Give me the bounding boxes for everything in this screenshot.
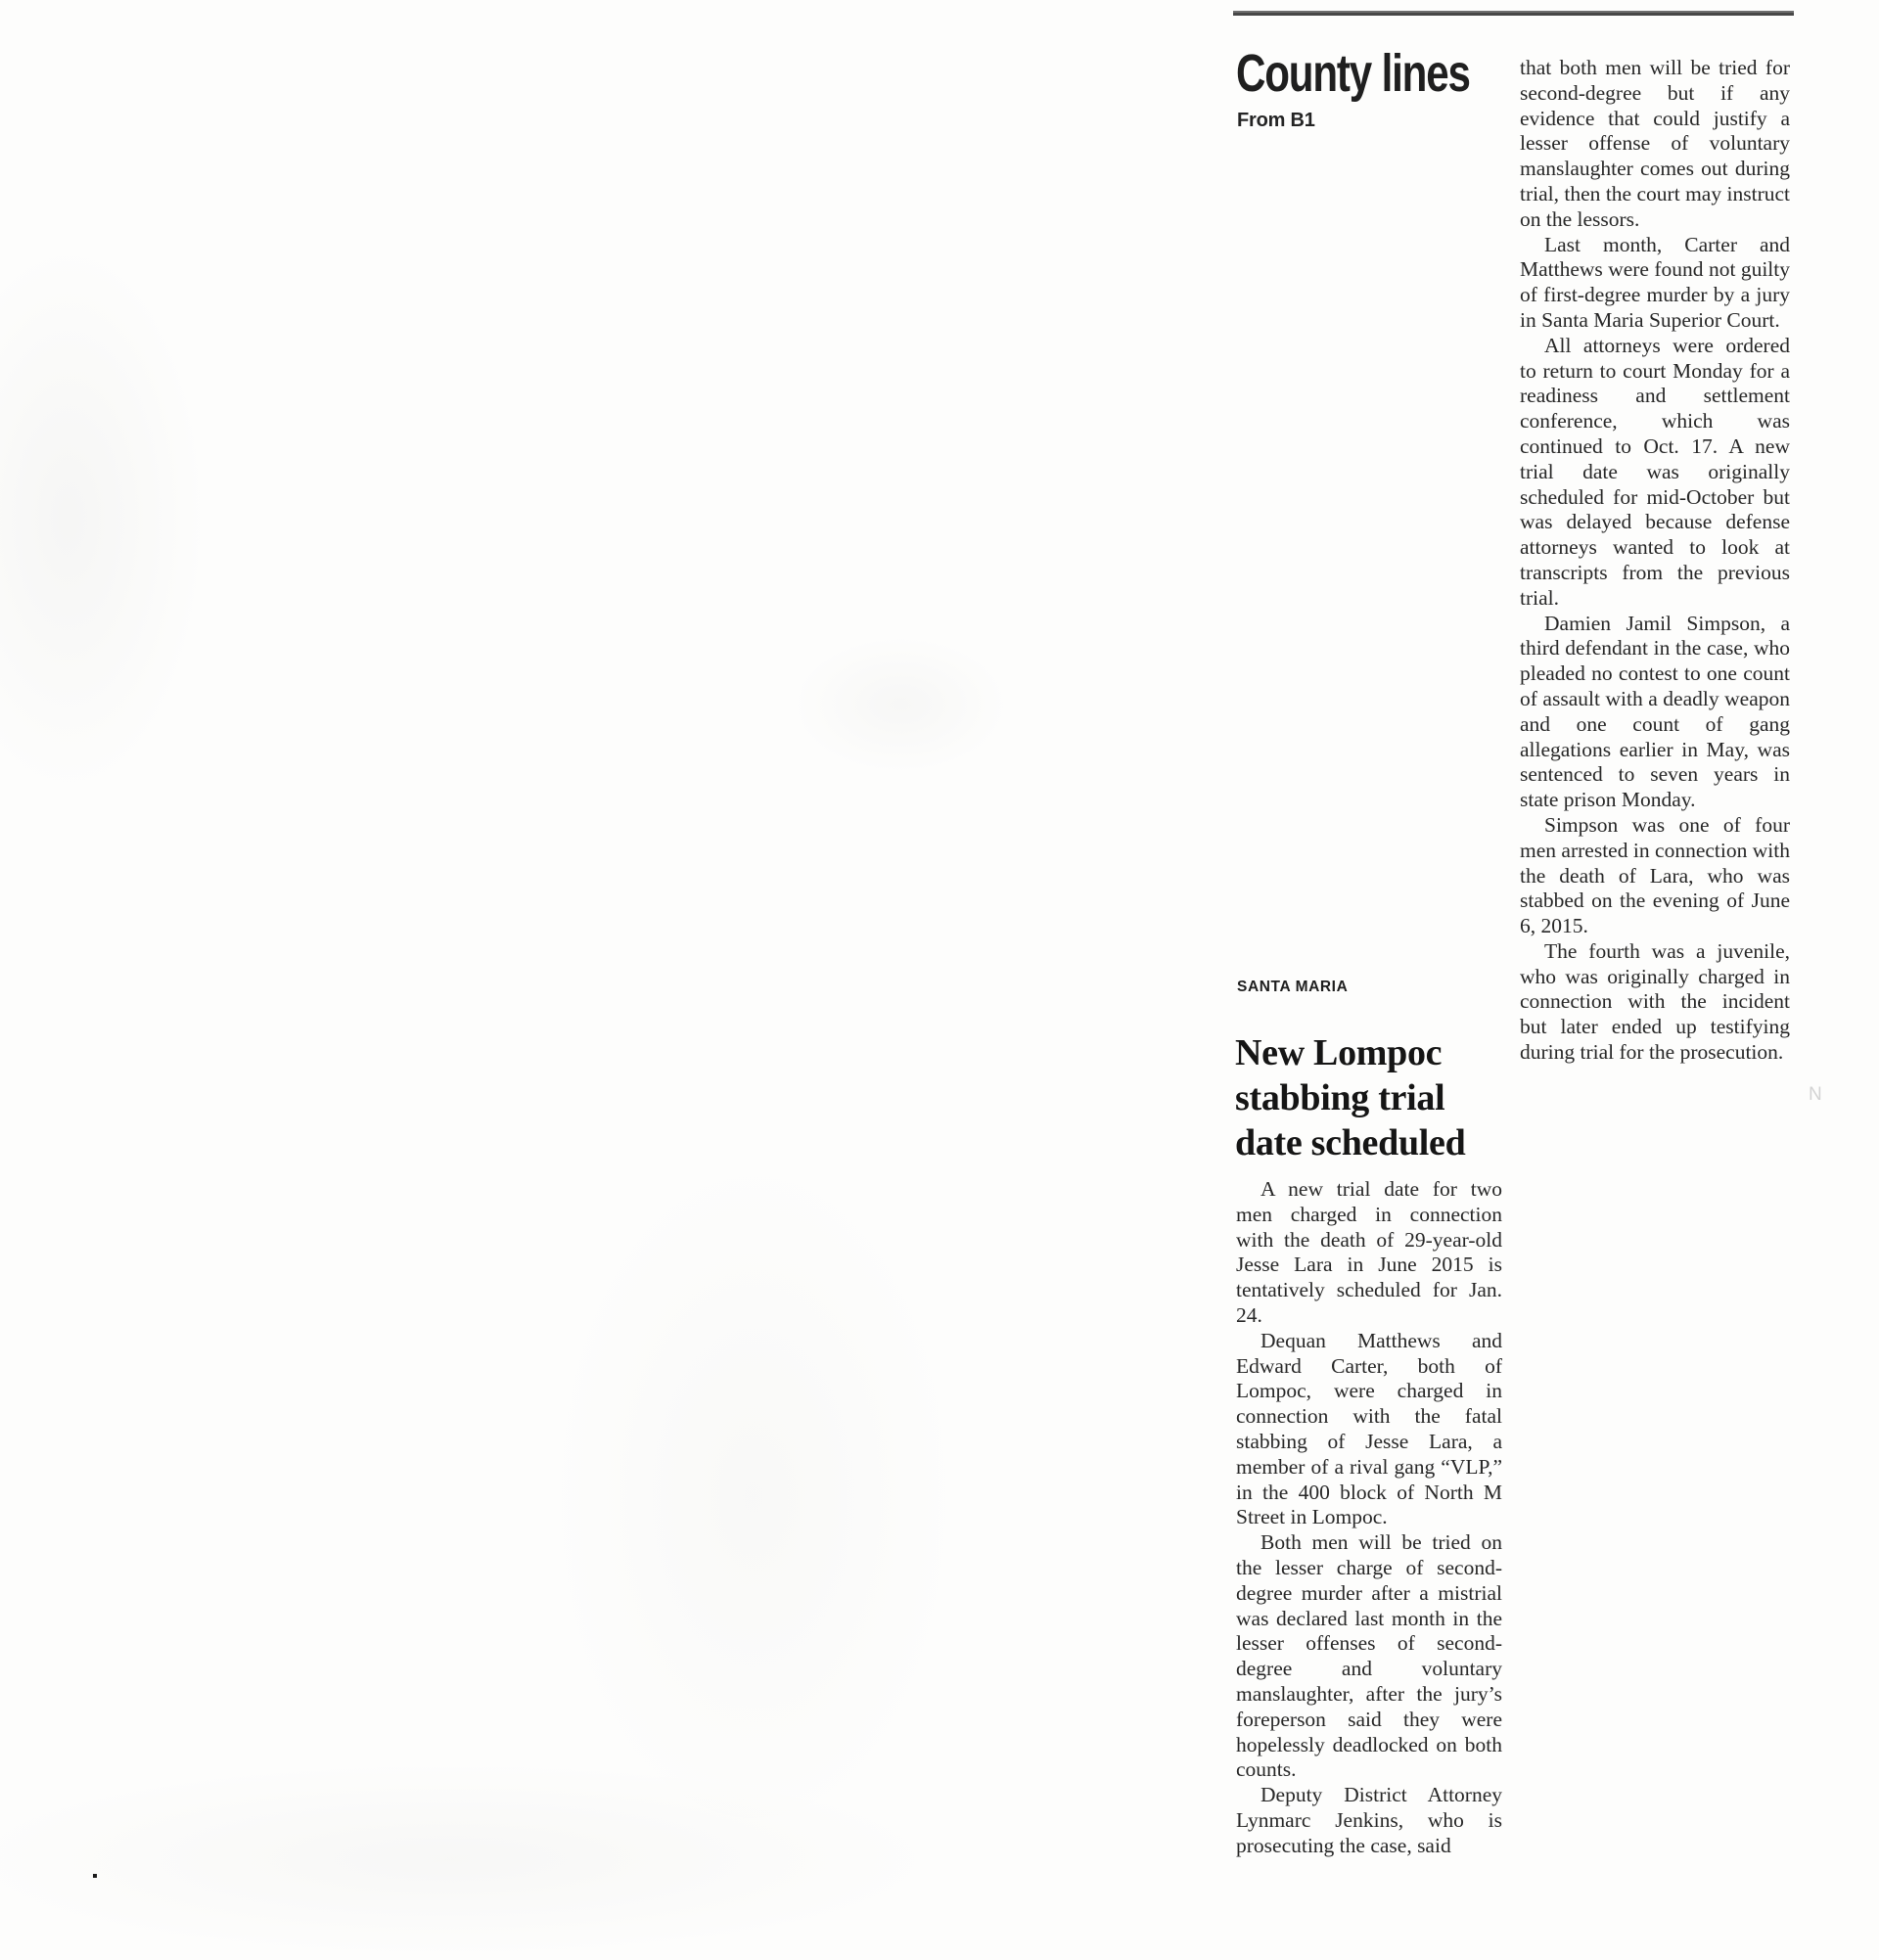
story-paragraph: Deputy District Attorney Lynmarc Jenkins…	[1236, 1783, 1502, 1858]
continuation-headline: County lines	[1236, 47, 1470, 100]
story-paragraph: Simpson was one of four men arrested in …	[1520, 813, 1790, 939]
scan-watermark-letter: N	[1809, 1084, 1822, 1106]
scan-smudge	[548, 1155, 959, 1840]
newspaper-page: County lines From B1 SANTA MARIA New Lom…	[0, 0, 1879, 1960]
scan-smudge	[793, 636, 1008, 773]
story-paragraph: Last month, Carter and Matthews were fou…	[1520, 233, 1790, 334]
story-paragraph: A new trial date for two men charged in …	[1236, 1177, 1502, 1329]
scan-smudge	[0, 1761, 939, 1957]
story-paragraph: All attorneys were ordered to return to …	[1520, 334, 1790, 612]
story-left-column: A new trial date for two men charged in …	[1236, 1177, 1502, 1859]
story-paragraph: Damien Jamil Simpson, a third defendant …	[1520, 612, 1790, 813]
story-headline: New Lompoc stabbing trial date scheduled	[1235, 1030, 1511, 1165]
story-paragraph: The fourth was a juvenile, who was origi…	[1520, 939, 1790, 1066]
story-kicker: SANTA MARIA	[1237, 979, 1348, 996]
story-right-column: that both men will be tried for second-d…	[1520, 56, 1790, 1066]
section-divider-rule	[1233, 11, 1794, 16]
continuation-from-label: From B1	[1237, 110, 1315, 132]
story-paragraph: Both men will be tried on the lesser cha…	[1236, 1530, 1502, 1783]
scan-dot-artifact	[93, 1874, 97, 1878]
story-paragraph: Dequan Matthews and Edward Carter, both …	[1236, 1329, 1502, 1530]
scan-smudge	[0, 245, 206, 793]
story-paragraph: that both men will be tried for second-d…	[1520, 56, 1790, 233]
